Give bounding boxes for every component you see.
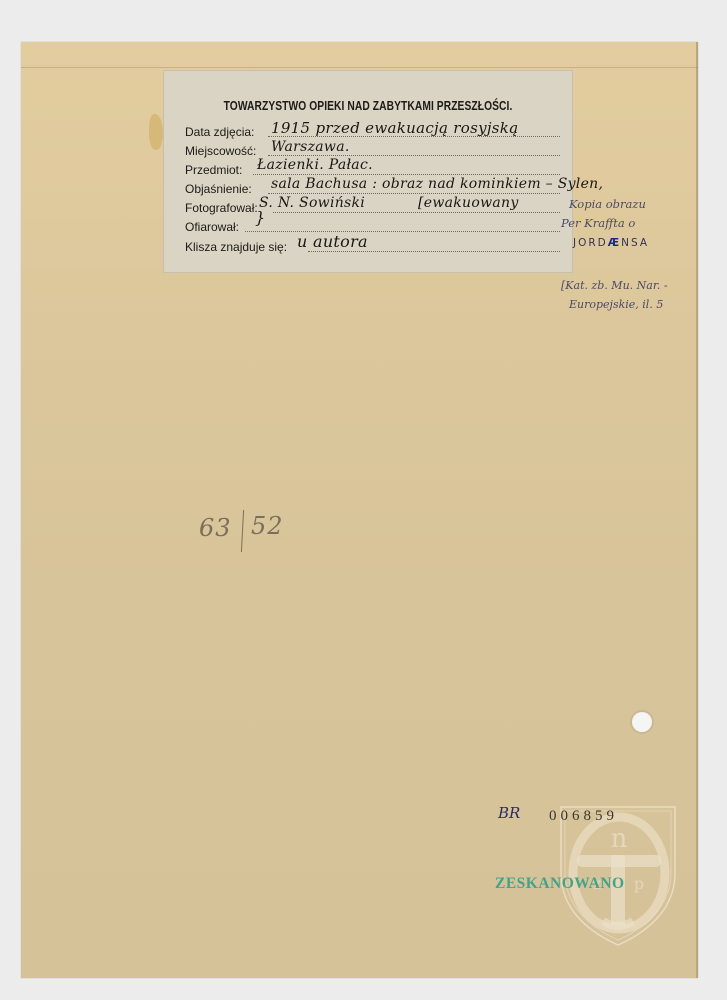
dotted-line bbox=[268, 193, 560, 194]
dotted-line bbox=[273, 212, 560, 213]
inventory-divider bbox=[241, 510, 244, 552]
field-donor: Ofiarował: bbox=[185, 218, 239, 234]
field-value-subject: Łazienki. Pałac. bbox=[257, 157, 373, 173]
field-label: Objaśnienie: bbox=[185, 182, 252, 196]
glue-stain bbox=[149, 114, 163, 150]
field-value-donor: } bbox=[255, 208, 265, 227]
dotted-line bbox=[308, 251, 560, 252]
field-label: Ofiarował: bbox=[185, 220, 239, 234]
field-subject: Przedmiot: bbox=[185, 161, 242, 177]
jordaensa-prefix: JORD bbox=[573, 237, 608, 249]
field-explanation: Objaśnienie: bbox=[185, 180, 252, 196]
paper-edge bbox=[696, 42, 698, 978]
catalog-reference-1: [Kat. zb. Mu. Nar. - bbox=[561, 279, 668, 292]
jordaensa-suffix: NSA bbox=[621, 237, 649, 249]
field-negative: Klisza znajduje się: bbox=[185, 238, 287, 254]
inventory-number-left: 63 bbox=[199, 514, 232, 542]
field-photographer: Fotografował: bbox=[185, 199, 258, 215]
field-label: Data zdjęcia: bbox=[185, 125, 254, 139]
catalog-reference-2: Europejskie, il. 5 bbox=[569, 298, 663, 311]
evacuated-note: [ewakuowany bbox=[418, 195, 519, 211]
field-value-explanation: sala Bachusa : obraz nad kominkiem – Syl… bbox=[271, 176, 603, 192]
field-value-negative: u autora bbox=[297, 232, 368, 251]
field-label: Miejscowość: bbox=[185, 144, 256, 158]
field-value-date: 1915 przed ewakuacją rosyjską bbox=[271, 119, 518, 137]
field-value-place: Warszawa. bbox=[271, 139, 350, 155]
dotted-line bbox=[268, 155, 560, 156]
archive-number: 006859 bbox=[549, 808, 618, 825]
field-place: Miejscowość: bbox=[185, 142, 256, 158]
society-label: TOWARZYSTWO OPIEKI NAD ZABYTKAMI PRZESZŁ… bbox=[163, 70, 573, 273]
scanned-stamp: ZESKANOWANO bbox=[495, 875, 625, 893]
margin-note-copy: Kopia obrazu bbox=[569, 197, 646, 211]
inventory-number-right: 52 bbox=[251, 512, 284, 540]
initials-stamp: BR bbox=[498, 804, 520, 822]
dotted-line bbox=[253, 174, 560, 175]
punch-hole bbox=[632, 712, 652, 732]
label-title: TOWARZYSTWO OPIEKI NAD ZABYTKAMI PRZESZŁ… bbox=[200, 99, 536, 113]
svg-text:n: n bbox=[611, 824, 628, 854]
field-label: Klisza znajduje się: bbox=[185, 240, 287, 254]
field-value-photographer: S. N. Sowiński bbox=[259, 195, 365, 211]
margin-note-kraffta: Per Kraffta o bbox=[561, 216, 635, 230]
dotted-line bbox=[245, 231, 560, 232]
fold-line bbox=[21, 67, 698, 68]
svg-text:p: p bbox=[634, 874, 644, 893]
field-date: Data zdjęcia: bbox=[185, 123, 254, 139]
field-label: Przedmiot: bbox=[185, 163, 242, 177]
jordaensa-ae: Æ bbox=[608, 237, 621, 249]
margin-note-jordaensa: JORDÆNSA bbox=[573, 237, 649, 249]
record-card: TOWARZYSTWO OPIEKI NAD ZABYTKAMI PRZESZŁ… bbox=[21, 42, 698, 978]
field-label: Fotografował: bbox=[185, 201, 258, 215]
